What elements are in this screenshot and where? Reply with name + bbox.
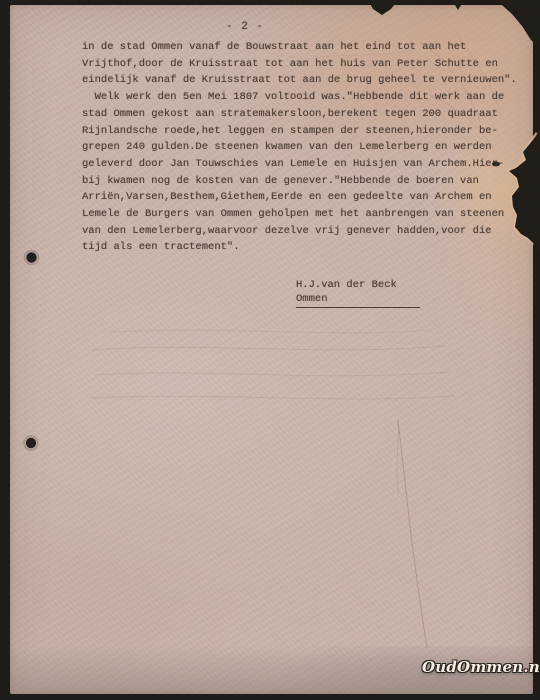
signature-place: Ommen	[296, 293, 420, 308]
signature-block: H.J.van der Beck Ommen	[296, 279, 420, 308]
page-number: - 2 -	[226, 21, 264, 33]
scanned-document-page: - 2 - in de stad Ommen vanaf de Bouwstra…	[0, 0, 540, 700]
oudommen-watermark: OudOmmen.nl	[422, 658, 540, 676]
signature-name: H.J.van der Beck	[296, 279, 420, 293]
document-body-text: in de stad Ommen vanaf de Bouwstraat aan…	[82, 39, 517, 256]
